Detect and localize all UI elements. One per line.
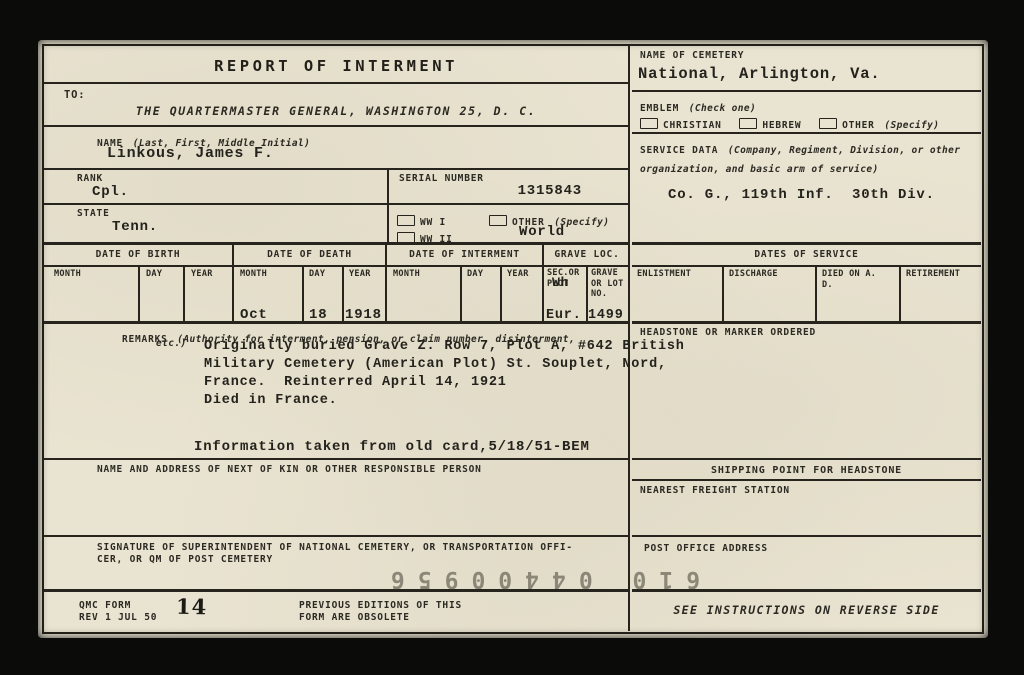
interment-year-label: YEAR xyxy=(502,265,544,280)
state-value: Tenn. xyxy=(112,219,158,235)
retirement-cell: RETIREMENT xyxy=(901,265,981,324)
death-month-label: MONTH xyxy=(234,265,302,280)
interment-day-cell: DAY xyxy=(462,265,502,324)
birth-day-label: DAY xyxy=(140,265,183,280)
rank-cell: RANK Cpl. xyxy=(44,170,387,203)
scanned-form-paper: REPORT OF INTERMENT TO: THE QUARTERMASTE… xyxy=(38,40,988,638)
interment-month-label: MONTH xyxy=(387,265,460,280)
rank-value: Cpl. xyxy=(92,184,129,200)
grave-location-table: GRAVE LOC. SEC.OR PLOT Wh Eur. GRAVE OR … xyxy=(544,245,630,321)
hebrew-checkbox xyxy=(739,118,757,129)
dates-of-service-table: DATES OF SERVICE ENLISTMENT DISCHARGE DI… xyxy=(632,245,981,324)
emblem-other-label: OTHER xyxy=(842,120,875,131)
name-row: NAME (Last, First, Middle Initial) Linko… xyxy=(44,127,628,170)
remarks-label-line2: etc.) xyxy=(156,338,187,350)
name-value: Linkous, James F. xyxy=(107,145,274,162)
freight-station-label: NEAREST FREIGHT STATION xyxy=(640,485,790,497)
remarks-info-line: Information taken from old card,5/18/51-… xyxy=(194,439,590,455)
birth-year-label: YEAR xyxy=(185,265,234,280)
remarks-typed-block: Originally buried Grave Z. Row 7, Plot A… xyxy=(204,338,685,410)
death-month-cell: MONTH Oct xyxy=(234,265,304,324)
death-month-value: Oct xyxy=(240,307,268,323)
freight-station-section: NEAREST FREIGHT STATION xyxy=(632,481,981,537)
interment-day-label: DAY xyxy=(462,265,500,280)
interment-month-cell: MONTH xyxy=(387,265,462,324)
discharge-label: DISCHARGE xyxy=(724,265,815,280)
service-data-label: SERVICE DATA xyxy=(640,145,718,156)
christian-checkbox xyxy=(640,118,658,129)
date-of-birth-table: DATE OF BIRTH MONTH DAY YEAR xyxy=(44,245,234,321)
next-of-kin-label: NAME AND ADDRESS OF NEXT OF KIN OR OTHER… xyxy=(97,464,482,476)
birth-day-cell: DAY xyxy=(140,265,185,324)
form-left-column: REPORT OF INTERMENT TO: THE QUARTERMASTE… xyxy=(44,46,630,631)
death-year-value: 1918 xyxy=(345,307,382,323)
state-cell: STATE Tenn. xyxy=(44,205,387,242)
enlistment-label: ENLISTMENT xyxy=(632,265,722,280)
date-of-interment-table: DATE OF INTERMENT MONTH DAY YEAR xyxy=(387,245,544,321)
to-label: TO: xyxy=(64,89,85,101)
service-data-section: SERVICE DATA (Company, Regiment, Divisio… xyxy=(632,134,981,245)
signature-label-line2: CER, OR QM OF POST CEMETERY xyxy=(97,554,273,566)
ww2-checkbox xyxy=(397,232,415,243)
birth-month-label: MONTH xyxy=(44,265,138,280)
grave-lot-cell: GRAVE OR LOT NO. 1499 xyxy=(588,265,630,324)
hebrew-label: HEBREW xyxy=(762,120,801,131)
death-day-value: 18 xyxy=(309,307,327,323)
grave-section-value-overstrike: Wh xyxy=(552,275,569,290)
interment-year-cell: YEAR xyxy=(502,265,544,324)
serial-cell: SERIAL NUMBER 1315843 xyxy=(387,170,630,203)
war-value: World xyxy=(519,224,565,240)
reverse-side-instructions: SEE INSTRUCTIONS ON REVERSE SIDE xyxy=(632,604,981,616)
birth-month-cell: MONTH xyxy=(44,265,140,324)
remarks-line: Military Cemetery (American Plot) St. So… xyxy=(204,356,685,374)
footer-left: QMC FORM REV 1 JUL 50 14 PREVIOUS EDITIO… xyxy=(44,592,630,631)
emblem-other-checkbox xyxy=(819,118,837,129)
form-title: REPORT OF INTERMENT xyxy=(44,57,628,75)
form-number-label-line1: QMC FORM xyxy=(79,600,131,612)
serial-label: SERIAL NUMBER xyxy=(399,173,484,185)
dates-row: DATE OF BIRTH MONTH DAY YEAR DATE OF DEA… xyxy=(44,245,628,324)
emblem-section: EMBLEM (Check one) CHRISTIAN HEBREW OTHE… xyxy=(632,92,981,134)
ww2-option: WW II xyxy=(397,227,453,246)
form-number-label-line2: REV 1 JUL 50 xyxy=(79,612,157,624)
death-day-cell: DAY 18 xyxy=(304,265,344,324)
death-year-cell: YEAR 1918 xyxy=(344,265,387,324)
post-office-label: POST OFFICE ADDRESS xyxy=(644,543,768,555)
grave-lot-label: GRAVE OR LOT NO. xyxy=(588,265,630,300)
remarks-section: REMARKS (Authority for interment, pensio… xyxy=(44,324,628,460)
obsolete-note-line1: PREVIOUS EDITIONS OF THIS xyxy=(299,600,462,612)
remarks-line: Originally buried Grave Z. Row 7, Plot A… xyxy=(204,338,685,356)
to-value: THE QUARTERMASTER GENERAL, WASHINGTON 25… xyxy=(44,105,628,117)
cemetery-value: National, Arlington, Va. xyxy=(638,65,880,83)
state-label: STATE xyxy=(77,208,110,220)
signature-label-line1: SIGNATURE OF SUPERINTENDENT OF NATIONAL … xyxy=(97,542,573,554)
death-day-label: DAY xyxy=(304,265,342,280)
retirement-label: RETIREMENT xyxy=(901,265,981,280)
handwritten-form-number: 14 xyxy=(176,594,208,620)
ww2-label: WW II xyxy=(420,234,453,245)
footer-right: SEE INSTRUCTIONS ON REVERSE SIDE xyxy=(632,592,981,631)
service-data-value: Co. G., 119th Inf. 30th Div. xyxy=(668,187,935,203)
stamped-serial-number: 610 04400956 xyxy=(344,566,734,592)
enlistment-cell: ENLISTMENT xyxy=(632,265,724,324)
serial-value: 1315843 xyxy=(518,183,582,199)
obsolete-note-line2: FORM ARE OBSOLETE xyxy=(299,612,410,624)
grave-lot-value: 1499 xyxy=(588,308,624,323)
rank-serial-row: RANK Cpl. SERIAL NUMBER 1315843 xyxy=(44,170,628,205)
death-year-label: YEAR xyxy=(344,265,387,280)
next-of-kin-section: NAME AND ADDRESS OF NEXT OF KIN OR OTHER… xyxy=(44,460,628,537)
shipping-point-label: SHIPPING POINT FOR HEADSTONE xyxy=(632,465,981,477)
cemetery-label: NAME OF CEMETERY xyxy=(640,50,744,62)
form-frame: REPORT OF INTERMENT TO: THE QUARTERMASTE… xyxy=(42,44,984,634)
addressee-row: TO: THE QUARTERMASTER GENERAL, WASHINGTO… xyxy=(44,84,628,127)
died-on-ad-label: DIED ON A. D. xyxy=(817,265,892,290)
remarks-line: Died in France. xyxy=(204,392,685,410)
remarks-line: France. Reinterred April 14, 1921 xyxy=(204,374,685,392)
war-cell: WW I WW II OTHER (Specify) World xyxy=(387,205,630,242)
discharge-cell: DISCHARGE xyxy=(724,265,817,324)
ww1-checkbox xyxy=(397,215,415,226)
state-war-row: STATE Tenn. WW I WW II OTHER (Specify) W… xyxy=(44,205,628,245)
service-data-label-group: SERVICE DATA (Company, Regiment, Divisio… xyxy=(640,138,975,176)
date-of-death-table: DATE OF DEATH MONTH Oct DAY 18 YEAR 1918 xyxy=(234,245,387,321)
form-title-row: REPORT OF INTERMENT xyxy=(44,46,628,84)
emblem-other-paren: (Specify) xyxy=(884,120,939,131)
christian-label: CHRISTIAN xyxy=(663,120,722,131)
war-other-checkbox xyxy=(489,215,507,226)
grave-section-cell: SEC.OR PLOT Wh Eur. xyxy=(544,265,588,324)
died-on-ad-cell: DIED ON A. D. xyxy=(817,265,901,324)
birth-year-cell: YEAR xyxy=(185,265,234,324)
grave-section-value: Eur. xyxy=(546,308,582,323)
shipping-point-section: SHIPPING POINT FOR HEADSTONE xyxy=(632,460,981,481)
emblem-options: CHRISTIAN HEBREW OTHER (Specify) xyxy=(640,113,939,132)
cemetery-section: NAME OF CEMETERY National, Arlington, Va… xyxy=(632,46,981,92)
